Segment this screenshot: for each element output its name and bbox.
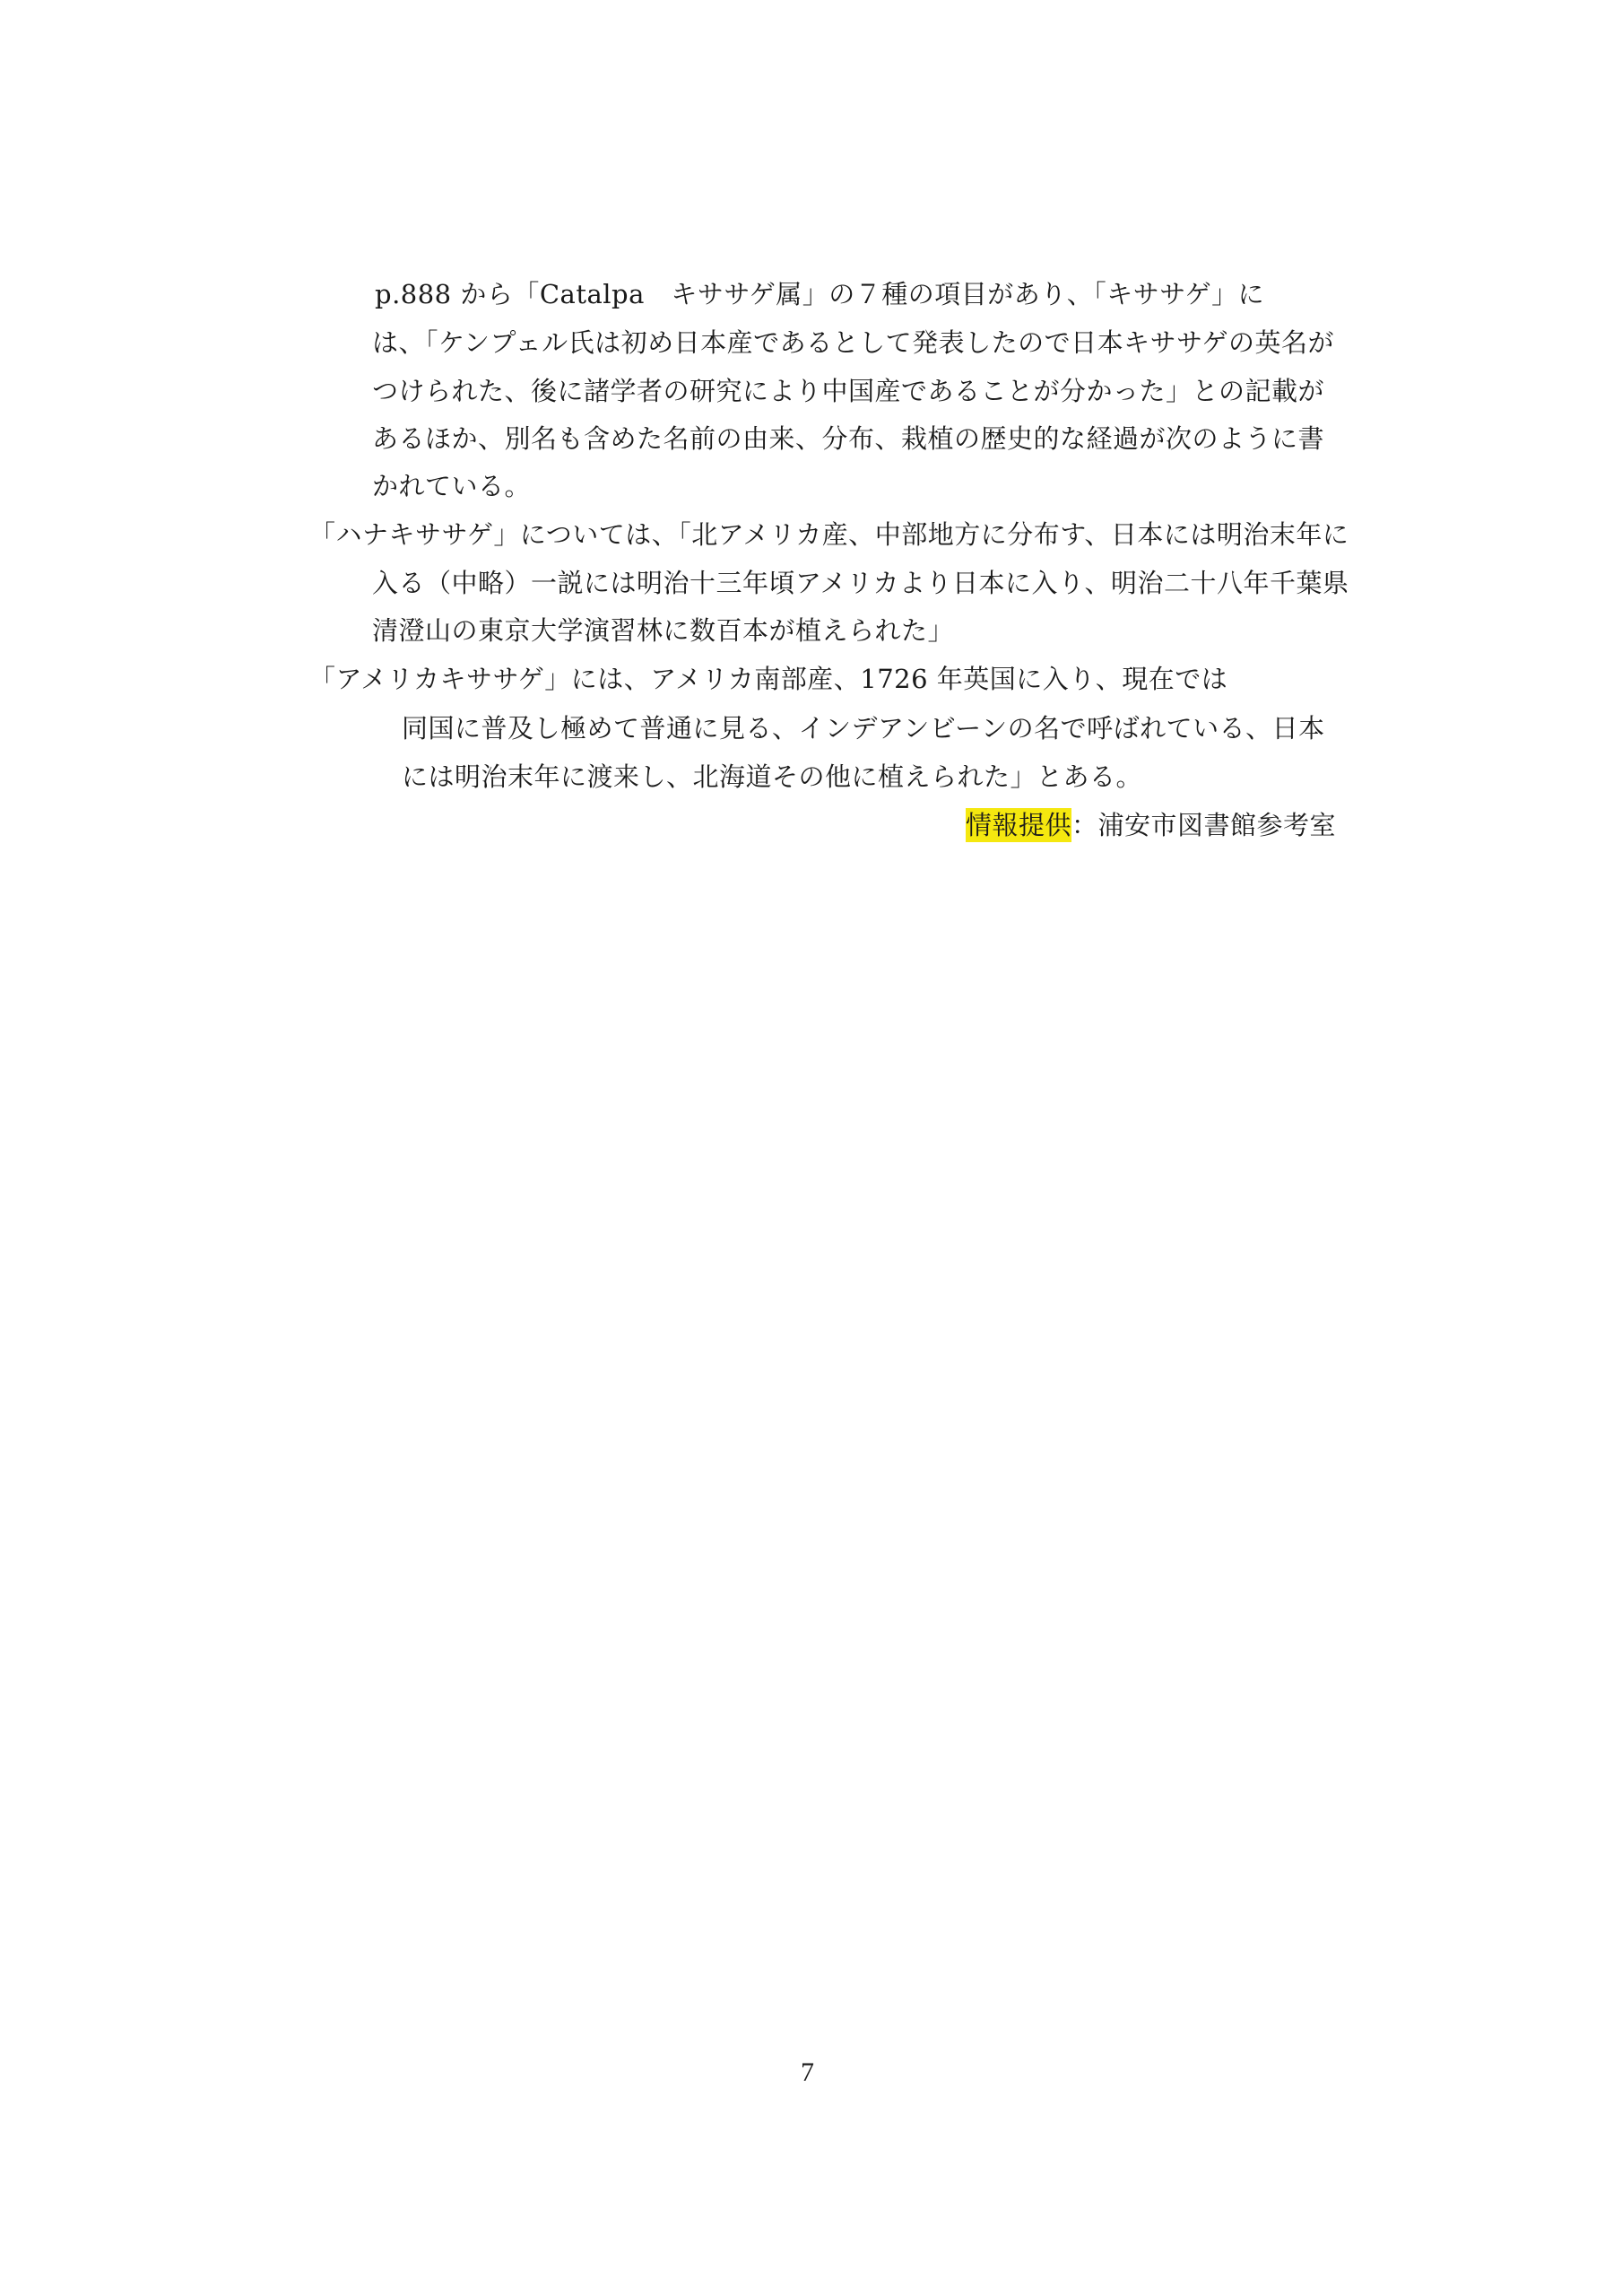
document-page: p.888 から「Catalpa キササゲ属」の７種の項目があり、「キササゲ」に… xyxy=(0,0,1622,2296)
paragraph-line: つけられた、後に諸学者の研究により中国産であることが分かった」との記載が xyxy=(372,373,1324,409)
paragraph-line: 「アメリカキササゲ」には、アメリカ南部産、1726 年英国に入り、現在では xyxy=(309,661,1227,697)
paragraph-line: 入る（中略）一説には明治十三年頃アメリカより日本に入り、明治二十八年千葉県 xyxy=(372,565,1349,601)
paragraph-line: かれている。 xyxy=(372,468,531,504)
credit-separator: ： xyxy=(1071,810,1098,840)
credit-line: 情報提供：浦安市図書館参考室 xyxy=(966,807,1336,843)
paragraph-line: 清澄山の東京大学演習林に数百本が植えられた」 xyxy=(372,613,954,648)
paragraph-line: p.888 から「Catalpa キササゲ属」の７種の項目があり、「キササゲ」に xyxy=(375,276,1264,312)
paragraph-line: あるほか、別名も含めた名前の由来、分布、栽植の歴史的な経過が次のように書 xyxy=(372,421,1324,457)
credit-source: 浦安市図書館参考室 xyxy=(1098,810,1337,840)
credit-label: 情報提供 xyxy=(966,808,1071,842)
paragraph-line: には明治末年に渡来し、北海道その他に植えられた」とある。 xyxy=(402,759,1142,795)
paragraph-line: 「ハナキササゲ」については、「北アメリカ産、中部地方に分布す、日本には明治末年に xyxy=(309,517,1349,552)
paragraph-line: 同国に普及し極めて普通に見る、インデアンビーンの名で呼ばれている、日本 xyxy=(402,710,1325,746)
paragraph-line: は、「ケンプェル氏は初め日本産であるとして発表したので日本キササゲの英名が xyxy=(372,325,1334,361)
page-number: 7 xyxy=(801,2057,814,2089)
